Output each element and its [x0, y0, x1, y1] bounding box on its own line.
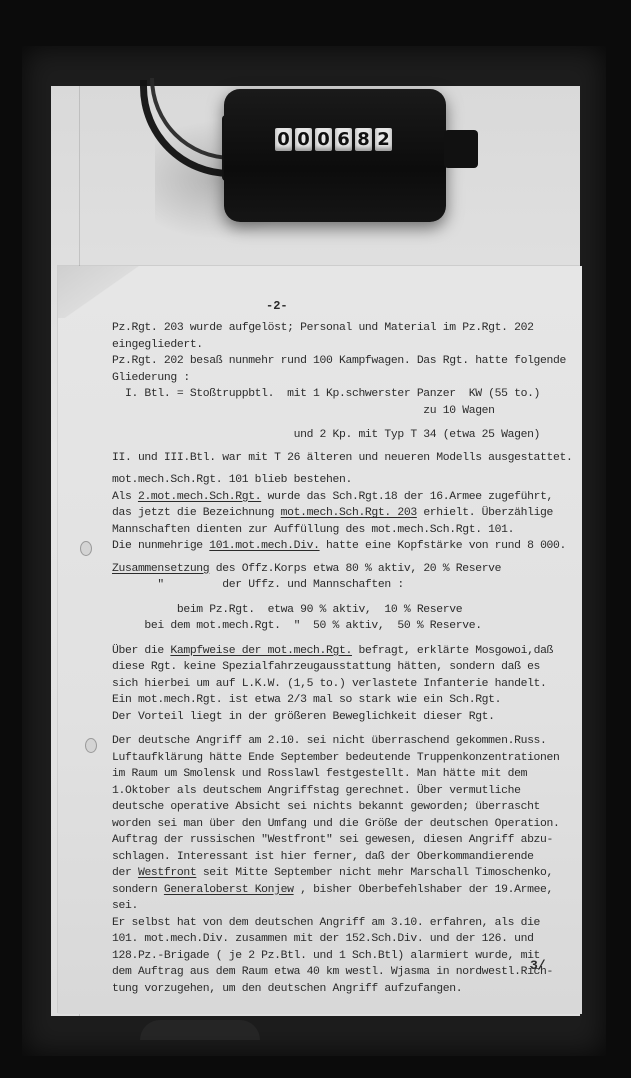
- text-segment: sei.: [112, 900, 138, 912]
- text-segment: seit Mitte September nicht mehr Marschal…: [196, 867, 553, 879]
- text-segment: bei dem mot.mech.Rgt. " 50 % aktiv, 50 %…: [112, 620, 482, 632]
- line-spacer: [112, 725, 582, 733]
- text-segment: " der Uffz. und Mannschaften :: [112, 579, 404, 591]
- frame-counter-display: 0 0 0 6 8 2: [275, 128, 392, 151]
- document-line: Der deutsche Angriff am 2.10. sei nicht …: [112, 733, 582, 750]
- counter-digit: 0: [315, 128, 332, 151]
- document-line: zu 10 Wagen: [112, 403, 582, 420]
- document-line: sich hierbei um auf L.K.W. (1,5 to.) ver…: [112, 676, 582, 693]
- text-segment: Mannschaften dienten zur Auffüllung des …: [112, 524, 514, 536]
- counter-digit: 0: [275, 128, 292, 151]
- underlined-term: Zusammensetzung: [112, 563, 209, 575]
- document-line: Der Vorteil liegt in der größeren Bewegl…: [112, 709, 582, 726]
- document-line: Gliederung :: [112, 370, 582, 387]
- text-segment: Pz.Rgt. 202 besaß nunmehr rund 100 Kampf…: [112, 355, 566, 367]
- frame-counter-device: [224, 89, 446, 222]
- document-line: und 2 Kp. mit Typ T 34 (etwa 25 Wagen): [112, 427, 582, 444]
- text-segment: deutsche operative Absicht sei nichts be…: [112, 801, 540, 813]
- text-segment: tung vorzugehen, um den deutschen Angrif…: [112, 983, 462, 995]
- document-line: schlagen. Interessant ist hier ferner, d…: [112, 849, 582, 866]
- text-segment: Als: [112, 491, 138, 503]
- text-segment: Pz.Rgt. 203 wurde aufgelöst; Personal un…: [112, 322, 534, 334]
- document-line: Als 2.mot.mech.Sch.Rgt. wurde das Sch.Rg…: [112, 489, 582, 506]
- text-segment: Die nunmehrige: [112, 540, 209, 552]
- underlined-term: mot.mech.Sch.Rgt. 203: [281, 507, 417, 519]
- page-corner-fold: [58, 266, 144, 318]
- counter-digit: 6: [335, 128, 352, 151]
- text-segment: der: [112, 867, 138, 879]
- document-line: das jetzt die Bezeichnung mot.mech.Sch.R…: [112, 505, 582, 522]
- document-line: Luftaufklärung hätte Ende September bede…: [112, 750, 582, 767]
- underlined-term: Kampfweise der mot.mech.Rgt.: [170, 645, 352, 657]
- text-segment: worden sei man über den Umfang und die G…: [112, 818, 560, 830]
- text-segment: diese Rgt. keine Spezialfahrzeugausstatt…: [112, 661, 540, 673]
- text-segment: I. Btl. = Stoßtruppbtl. mit 1 Kp.schwers…: [112, 388, 540, 400]
- text-segment: Gliederung :: [112, 372, 190, 384]
- text-segment: Auftrag der russischen "Westfront" sei g…: [112, 834, 553, 846]
- text-segment: des Offz.Korps etwa 80 % aktiv, 20 % Res…: [209, 563, 501, 575]
- text-segment: II. und III.Btl. war mit T 26 älteren un…: [112, 452, 572, 464]
- document-line: 1.Oktober als deutschem Angriffstag gere…: [112, 783, 582, 800]
- text-segment: befragt, erklärte Mosgowoi,daß: [352, 645, 553, 657]
- text-segment: Ein mot.mech.Rgt. ist etwa 2/3 mal so st…: [112, 694, 501, 706]
- text-segment: im Raum um Smolensk und Rosslawl festges…: [112, 768, 527, 780]
- document-line: Er selbst hat von dem deutschen Angriff …: [112, 915, 582, 932]
- punch-hole-icon: [85, 738, 97, 753]
- counter-reset-knob: [444, 130, 478, 168]
- text-segment: eingegliedert.: [112, 339, 203, 351]
- document-line: 101. mot.mech.Div. zusammen mit der 152.…: [112, 931, 582, 948]
- document-line: im Raum um Smolensk und Rosslawl festges…: [112, 766, 582, 783]
- text-segment: beim Pz.Rgt. etwa 90 % aktiv, 10 % Reser…: [112, 604, 462, 616]
- text-segment: 1.Oktober als deutschem Angriffstag gere…: [112, 785, 521, 797]
- continuation-reference: 3/: [530, 958, 546, 973]
- text-segment: Der deutsche Angriff am 2.10. sei nicht …: [112, 735, 547, 747]
- text-segment: zu 10 Wagen: [112, 405, 495, 417]
- line-spacer: [112, 594, 582, 602]
- document-line: tung vorzugehen, um den deutschen Angrif…: [112, 981, 582, 998]
- document-body-text: Pz.Rgt. 203 wurde aufgelöst; Personal un…: [112, 320, 582, 997]
- document-line: Mannschaften dienten zur Auffüllung des …: [112, 522, 582, 539]
- document-line: eingegliedert.: [112, 337, 582, 354]
- page-number: -2-: [266, 299, 288, 313]
- document-line: diese Rgt. keine Spezialfahrzeugausstatt…: [112, 659, 582, 676]
- document-line: II. und III.Btl. war mit T 26 älteren un…: [112, 450, 582, 467]
- document-line: Über die Kampfweise der mot.mech.Rgt. be…: [112, 643, 582, 660]
- document-line: Pz.Rgt. 202 besaß nunmehr rund 100 Kampf…: [112, 353, 582, 370]
- document-line: Die nunmehrige 101.mot.mech.Div. hatte e…: [112, 538, 582, 555]
- text-segment: sich hierbei um auf L.K.W. (1,5 to.) ver…: [112, 678, 547, 690]
- document-line: I. Btl. = Stoßtruppbtl. mit 1 Kp.schwers…: [112, 386, 582, 403]
- counter-digit: 8: [355, 128, 372, 151]
- document-line: der Westfront seit Mitte September nicht…: [112, 865, 582, 882]
- text-segment: wurde das Sch.Rgt.18 der 16.Armee zugefü…: [261, 491, 553, 503]
- punch-hole-icon: [80, 541, 92, 556]
- text-segment: mot.mech.Sch.Rgt. 101 blieb bestehen.: [112, 474, 352, 486]
- counter-digit: 0: [295, 128, 312, 151]
- underlined-term: 101.mot.mech.Div.: [209, 540, 319, 552]
- document-line: Ein mot.mech.Rgt. ist etwa 2/3 mal so st…: [112, 692, 582, 709]
- text-segment: hatte eine Kopfstärke von rund 8 000.: [320, 540, 566, 552]
- text-segment: sondern: [112, 884, 164, 896]
- document-line: Pz.Rgt. 203 wurde aufgelöst; Personal un…: [112, 320, 582, 337]
- document-line: 128.Pz.-Brigade ( je 2 Pz.Btl. und 1 Sch…: [112, 948, 582, 965]
- document-line: " der Uffz. und Mannschaften :: [112, 577, 582, 594]
- text-segment: erhielt. Überzählige: [417, 507, 553, 519]
- underlined-term: Westfront: [138, 867, 196, 879]
- text-segment: schlagen. Interessant ist hier ferner, d…: [112, 851, 534, 863]
- document-line: dem Auftrag aus dem Raum etwa 40 km west…: [112, 964, 582, 981]
- text-segment: 101. mot.mech.Div. zusammen mit der 152.…: [112, 933, 534, 945]
- counter-digit: 2: [375, 128, 392, 151]
- text-segment: 128.Pz.-Brigade ( je 2 Pz.Btl. und 1 Sch…: [112, 950, 540, 962]
- text-segment: und 2 Kp. mit Typ T 34 (etwa 25 Wagen): [112, 429, 540, 441]
- line-spacer: [112, 635, 582, 643]
- text-segment: dem Auftrag aus dem Raum etwa 40 km west…: [112, 966, 553, 978]
- text-segment: Der Vorteil liegt in der größeren Bewegl…: [112, 711, 495, 723]
- text-segment: Luftaufklärung hätte Ende September bede…: [112, 752, 560, 764]
- text-segment: Er selbst hat von dem deutschen Angriff …: [112, 917, 540, 929]
- document-line: Auftrag der russischen "Westfront" sei g…: [112, 832, 582, 849]
- underlined-term: 2.mot.mech.Sch.Rgt.: [138, 491, 261, 503]
- text-segment: das jetzt die Bezeichnung: [112, 507, 281, 519]
- document-line: deutsche operative Absicht sei nichts be…: [112, 799, 582, 816]
- underlined-term: Generaloberst Konjew: [164, 884, 294, 896]
- document-line: sondern Generaloberst Konjew , bisher Ob…: [112, 882, 582, 899]
- document-line: mot.mech.Sch.Rgt. 101 blieb bestehen.: [112, 472, 582, 489]
- document-line: beim Pz.Rgt. etwa 90 % aktiv, 10 % Reser…: [112, 602, 582, 619]
- document-line: sei.: [112, 898, 582, 915]
- film-artifact: [140, 1020, 260, 1040]
- document-line: Zusammensetzung des Offz.Korps etwa 80 %…: [112, 561, 582, 578]
- text-segment: Über die: [112, 645, 170, 657]
- text-segment: , bisher Oberbefehlshaber der 19.Armee,: [294, 884, 553, 896]
- document-line: bei dem mot.mech.Rgt. " 50 % aktiv, 50 %…: [112, 618, 582, 635]
- document-line: worden sei man über den Umfang und die G…: [112, 816, 582, 833]
- line-spacer: [112, 419, 582, 427]
